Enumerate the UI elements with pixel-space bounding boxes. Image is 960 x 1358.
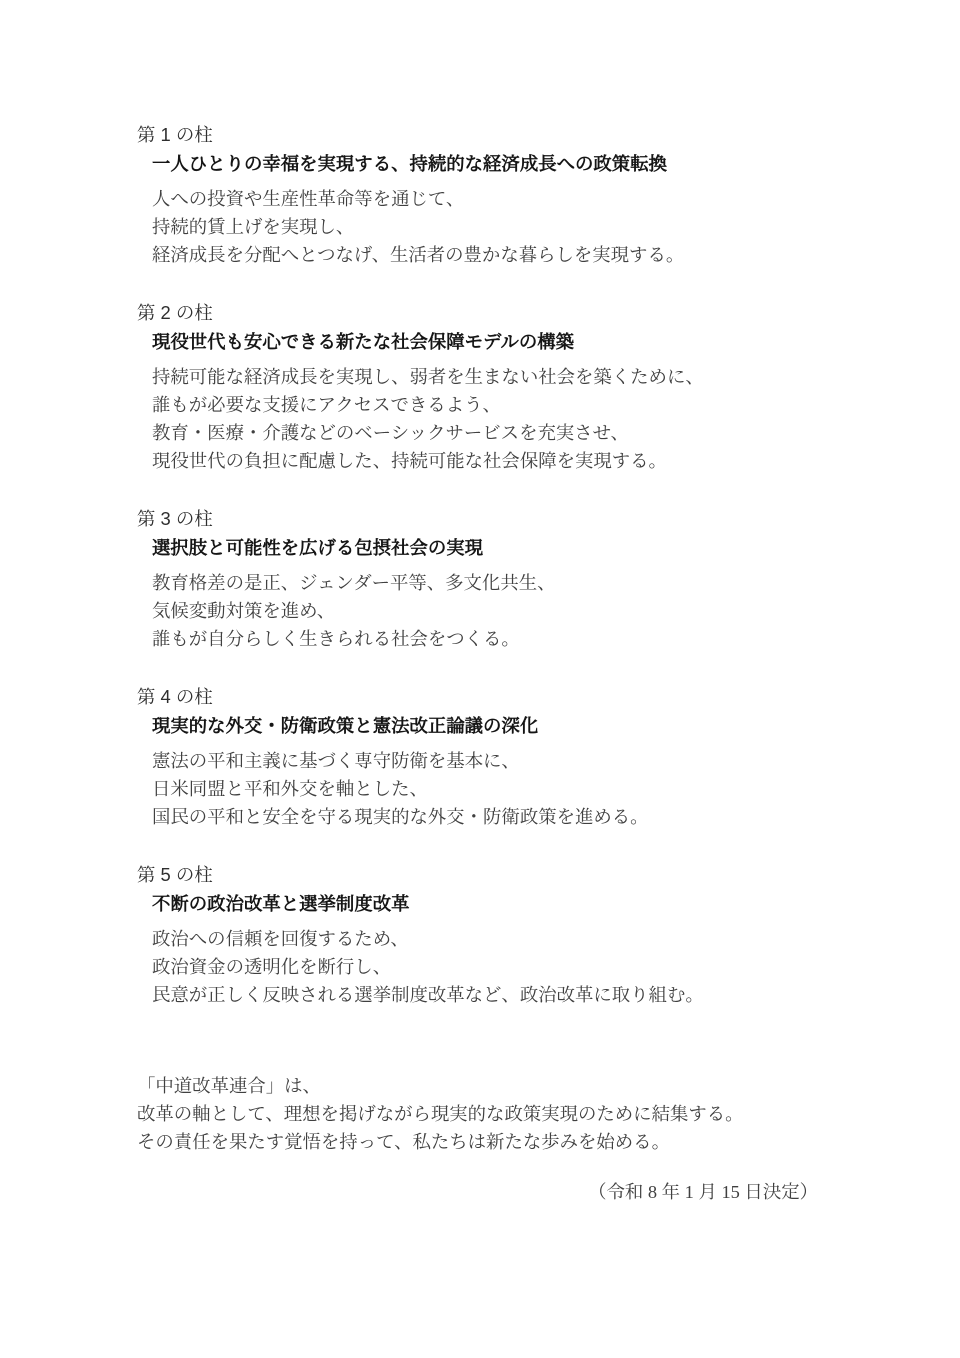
closing-paragraph: 「中道改革連合」は、 改革の軸として、理想を掲げながら現実的な政策実現のために結… (137, 1072, 818, 1156)
pillar-1-body: 人への投資や生産性革命等を通じて、 持続的賃上げを実現し、 経済成長を分配へとつ… (152, 185, 818, 269)
pillar-3-label: 第 3 の柱 (137, 505, 818, 533)
pillar-4-body: 憲法の平和主義に基づく専守防衛を基本に、 日米同盟と平和外交を軸とした、 国民の… (152, 747, 818, 831)
document-content: 第 1 の柱 一人ひとりの幸福を実現する、持続的な経済成長への政策転換 人への投… (137, 121, 818, 1206)
pillar-section-4: 第 4 の柱 現実的な外交・防衛政策と憲法改正論議の深化 憲法の平和主義に基づく… (137, 683, 818, 861)
pillar-4-body-line: 日米同盟と平和外交を軸とした、 (152, 775, 818, 803)
pillar-2-body: 持続可能な経済成長を実現し、弱者を生まない社会を築くために、 誰もが必要な支援に… (152, 363, 818, 475)
pillar-5-title: 不断の政治改革と選挙制度改革 (152, 890, 818, 918)
pillar-3-body-line: 誰もが自分らしく生きられる社会をつくる。 (152, 625, 818, 653)
decision-date-note: （令和 8 年 1 月 15 日決定） (137, 1178, 818, 1206)
pillar-1-title: 一人ひとりの幸福を実現する、持続的な経済成長への政策転換 (152, 150, 818, 178)
pillar-3-body-line: 気候変動対策を進め、 (152, 597, 818, 625)
pillar-2-body-line: 現役世代の負担に配慮した、持続可能な社会保障を実現する。 (152, 447, 818, 475)
closing-line: その責任を果たす覚悟を持って、私たちは新たな歩みを始める。 (137, 1128, 818, 1156)
pillar-4-title: 現実的な外交・防衛政策と憲法改正論議の深化 (152, 712, 818, 740)
pillar-section-5: 第 5 の柱 不断の政治改革と選挙制度改革 政治への信頼を回復するため、 政治資… (137, 861, 818, 1039)
closing-line: 改革の軸として、理想を掲げながら現実的な政策実現のために結集する。 (137, 1100, 818, 1128)
pillar-section-2: 第 2 の柱 現役世代も安心できる新たな社会保障モデルの構築 持続可能な経済成長… (137, 299, 818, 505)
pillar-4-body-line: 国民の平和と安全を守る現実的な外交・防衛政策を進める。 (152, 803, 818, 831)
pillar-5-body: 政治への信頼を回復するため、 政治資金の透明化を断行し、 民意が正しく反映される… (152, 925, 818, 1009)
pillar-5-body-line: 政治資金の透明化を断行し、 (152, 953, 818, 981)
closing-line: 「中道改革連合」は、 (137, 1072, 818, 1100)
pillar-4-label: 第 4 の柱 (137, 683, 818, 711)
pillar-section-1: 第 1 の柱 一人ひとりの幸福を実現する、持続的な経済成長への政策転換 人への投… (137, 121, 818, 299)
pillar-1-body-line: 経済成長を分配へとつなげ、生活者の豊かな暮らしを実現する。 (152, 241, 818, 269)
pillar-4-body-line: 憲法の平和主義に基づく専守防衛を基本に、 (152, 747, 818, 775)
pillar-5-label: 第 5 の柱 (137, 861, 818, 889)
document-page: 第 1 の柱 一人ひとりの幸福を実現する、持続的な経済成長への政策転換 人への投… (0, 0, 960, 1358)
pillar-2-body-line: 誰もが必要な支援にアクセスできるよう、 (152, 391, 818, 419)
pillar-2-label: 第 2 の柱 (137, 299, 818, 327)
pillar-section-3: 第 3 の柱 選択肢と可能性を広げる包摂社会の実現 教育格差の是正、ジェンダー平… (137, 505, 818, 683)
pillar-3-title: 選択肢と可能性を広げる包摂社会の実現 (152, 534, 818, 562)
pillar-2-body-line: 教育・医療・介護などのベーシックサービスを充実させ、 (152, 419, 818, 447)
pillar-3-body-line: 教育格差の是正、ジェンダー平等、多文化共生、 (152, 569, 818, 597)
pillar-2-title: 現役世代も安心できる新たな社会保障モデルの構築 (152, 328, 818, 356)
pillar-1-label: 第 1 の柱 (137, 121, 818, 149)
pillar-5-body-line: 政治への信頼を回復するため、 (152, 925, 818, 953)
pillar-2-body-line: 持続可能な経済成長を実現し、弱者を生まない社会を築くために、 (152, 363, 818, 391)
pillar-1-body-line: 持続的賃上げを実現し、 (152, 213, 818, 241)
pillar-3-body: 教育格差の是正、ジェンダー平等、多文化共生、 気候変動対策を進め、 誰もが自分ら… (152, 569, 818, 653)
pillar-5-body-line: 民意が正しく反映される選挙制度改革など、政治改革に取り組む。 (152, 981, 818, 1009)
pillar-1-body-line: 人への投資や生産性革命等を通じて、 (152, 185, 818, 213)
